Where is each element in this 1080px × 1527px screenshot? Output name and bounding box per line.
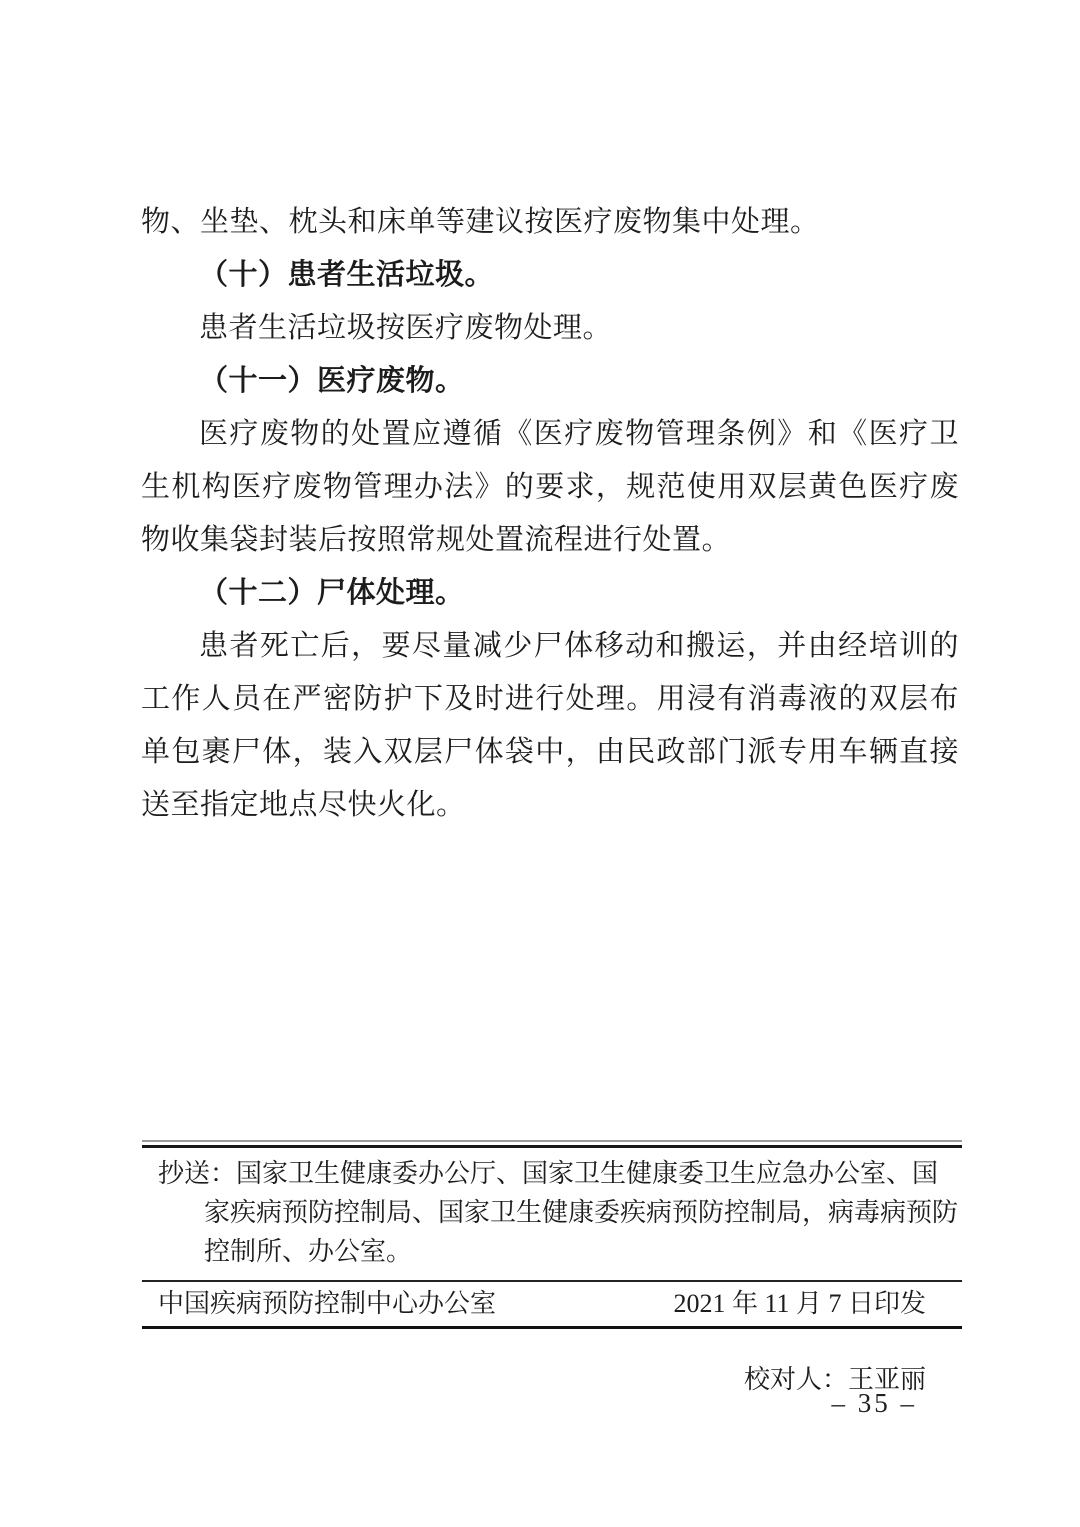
publisher-row: 中国疾病预防控制中心办公室 2021 年 11 月 7 日印发	[142, 1282, 962, 1326]
cc-block: 抄送：国家卫生健康委办公厅、国家卫生健康委卫生应急办公室、国家疾病预防控制局、国…	[158, 1154, 962, 1271]
document-footer: 抄送：国家卫生健康委办公厅、国家卫生健康委卫生应急办公室、国家疾病预防控制局、国…	[142, 1140, 962, 1422]
section-heading-11: （十一）医疗废物。	[141, 355, 959, 408]
paragraph: 患者死亡后，要尽量减少尸体移动和搬运，并由经培训的工作人员在严密防护下及时进行处…	[141, 620, 959, 832]
cc-label: 抄送：	[158, 1159, 236, 1188]
section-heading-10: （十）患者生活垃圾。	[141, 249, 959, 302]
page-number: – 35 –	[832, 1388, 918, 1419]
cc-text: 国家卫生健康委办公厅、国家卫生健康委卫生应急办公室、国家疾病预防控制局、国家卫生…	[204, 1159, 958, 1266]
section-heading-12: （十二）尸体处理。	[141, 567, 959, 620]
document-body: 物、坐垫、枕头和床单等建议按医疗废物集中处理。 （十）患者生活垃圾。 患者生活垃…	[141, 196, 959, 832]
footer-top-divider	[142, 1140, 962, 1148]
paragraph: 患者生活垃圾按医疗废物处理。	[141, 302, 959, 355]
issue-date: 2021 年 11 月 7 日印发	[673, 1288, 926, 1320]
issuer-name: 中国疾病预防控制中心办公室	[158, 1288, 496, 1320]
footer-bottom-divider	[142, 1326, 962, 1329]
paragraph: 医疗废物的处置应遵循《医疗废物管理条例》和《医疗卫生机构医疗废物管理办法》的要求…	[141, 408, 959, 567]
paragraph-continuation: 物、坐垫、枕头和床单等建议按医疗废物集中处理。	[141, 196, 959, 249]
